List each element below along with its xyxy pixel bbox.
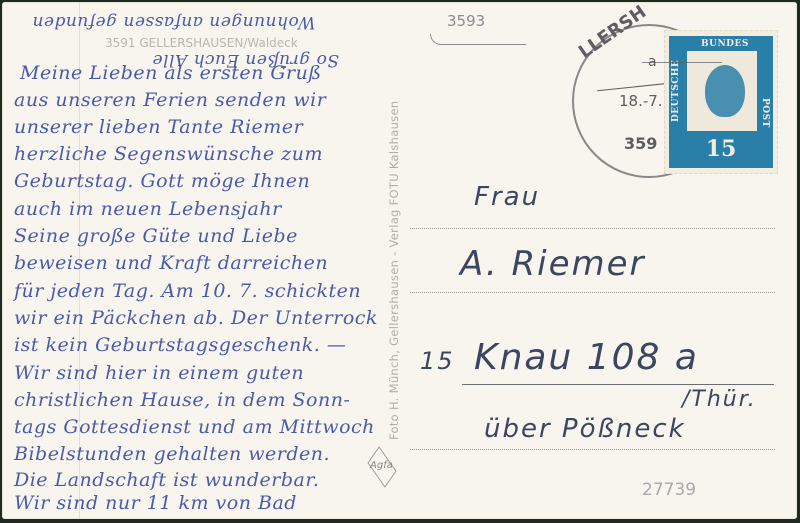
stamp-right-label: POST: [760, 98, 770, 128]
message-line: tags Gottesdienst und am Mittwoch: [14, 416, 375, 438]
portrait-icon: [705, 65, 745, 117]
address-line-1: [410, 228, 775, 229]
message-line: Seine große Güte und Liebe: [14, 225, 298, 247]
photo-credit: Foto H. Münch, Gellershausen - Verlag FO…: [387, 101, 401, 440]
address-underline: [462, 384, 774, 385]
stamp-top-label: BUNDES: [701, 39, 749, 49]
message-line: unserer lieben Tante Riemer: [14, 116, 303, 138]
agfa-logo-text: Agfa: [370, 460, 393, 471]
postcard-back: Wohnungen anfassen gefunden So grüßen Eu…: [2, 2, 797, 519]
stamp-value: 15: [669, 136, 773, 162]
message-line: Meine Lieben als ersten Gruß: [20, 62, 322, 84]
postmark-date: 18.-7.: [619, 92, 663, 110]
message-line: aus unseren Ferien senden wir: [14, 89, 326, 111]
address-line-2: [410, 292, 775, 293]
address-postcode: 15: [420, 347, 455, 375]
message-line: Die Landschaft ist wunderbar.: [14, 469, 319, 491]
message-line: herzliche Segenswünsche zum: [14, 143, 323, 165]
address-region: /Thür.: [682, 387, 757, 412]
message-line: für jeden Tag. Am 10. 7. schickten: [14, 280, 361, 302]
address-salutation: Frau: [474, 182, 540, 212]
message-line: ist kein Geburtstagsgeschenk. —: [14, 334, 346, 356]
address-street: Knau 108 a: [474, 337, 699, 378]
message-line: beweisen und Kraft darreichen: [14, 252, 328, 274]
pencil-underline: [430, 34, 526, 45]
message-line: Wir sind hier in einem guten: [14, 362, 304, 384]
message-line: Geburtstag. Gott möge Ihnen: [14, 170, 310, 192]
message-line: auch im neuen Lebensjahr: [14, 198, 282, 220]
pencil-note-bottom: 27739: [642, 480, 696, 500]
publisher-caption: 3591 GELLERSHAUSEN/Waldeck: [105, 36, 298, 50]
cancellation-line: [642, 62, 722, 63]
address-name: A. Riemer: [460, 244, 646, 284]
address-via: über Pößneck: [484, 414, 686, 444]
message-line: christlichen Hause, in dem Sonn-: [14, 389, 350, 411]
message-line: wir ein Päckchen ab. Der Unterrock: [14, 307, 378, 329]
stamp-portrait: [687, 51, 757, 131]
postage-stamp: BUNDES DEUTSCHE POST 15: [664, 30, 778, 174]
address-line-3: [410, 449, 775, 450]
pencil-note-top: 3593: [447, 12, 485, 30]
message-line: Bibelstunden gehalten werden.: [14, 443, 330, 465]
upside-down-line-1: Wohnungen anfassen gefunden: [32, 12, 316, 32]
message-line: Wir sind nur 11 km von Bad: [14, 492, 297, 514]
stamp-left-label: DEUTSCHE: [671, 60, 681, 122]
postmark-code: 359: [624, 134, 657, 153]
